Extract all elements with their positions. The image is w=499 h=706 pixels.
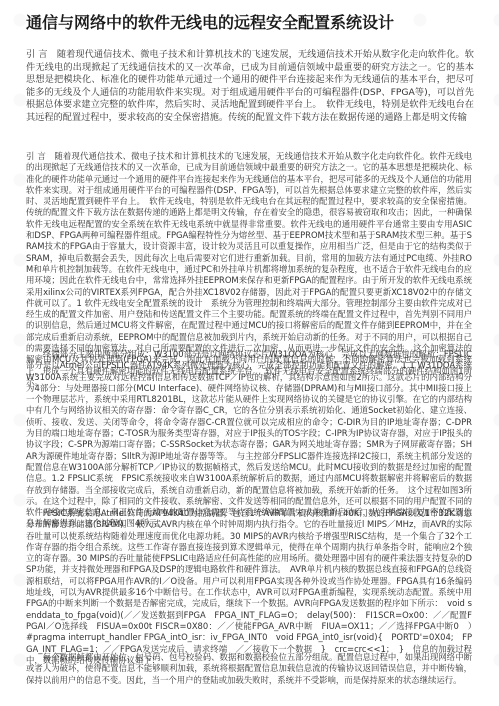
body-paragraph-dataframe: 每个数据帧都由开始位、包号码、包号校验码、数据和数据校验位五部分组成。配置信息过… [26,652,472,686]
body-paragraph-fpsic: FPSIC系统采用Atrrlel公司的AT94K40为控制器，包含1个AVR单片… [26,508,472,666]
abstract-paragraph: 引 言 随着现代通信技术、微电子技术和计算机技术的飞速发展，无线通信技术开始从数… [26,49,474,125]
document-title: 通信与网络中的软件无线电的远程安全配置系统设计 [26,12,496,34]
body-paragraph-terminal: 终端部分主要由两部分组成：W3100部分是以网络协议芯片W31OOA为核心，完成… [26,349,472,530]
